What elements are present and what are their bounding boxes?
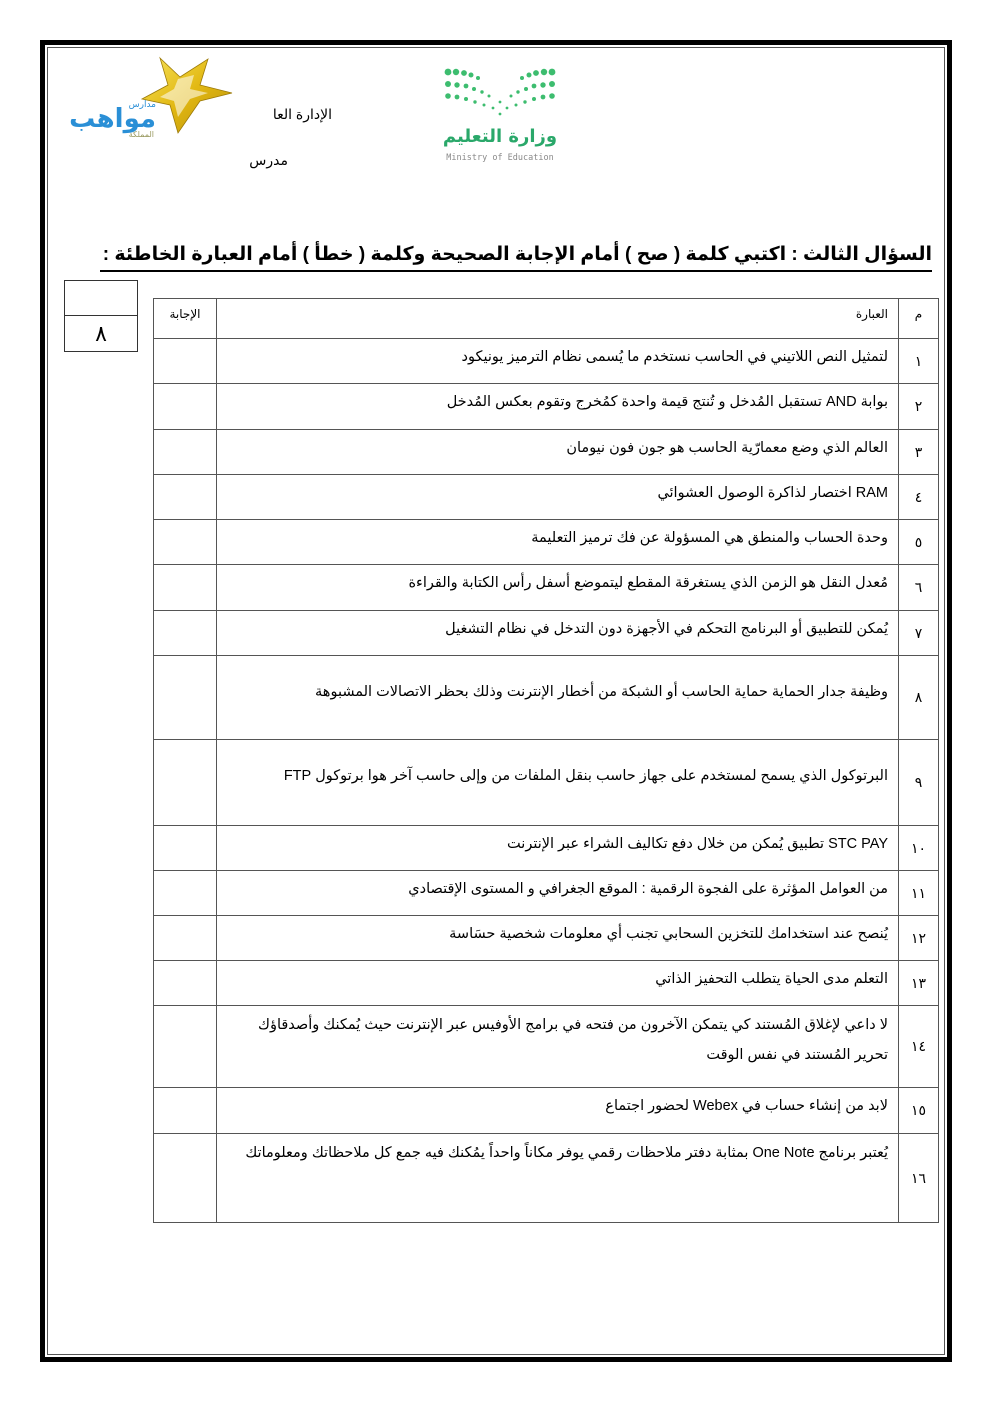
school-label: مدرس — [258, 152, 288, 169]
score-box: ٨ — [64, 280, 138, 352]
answer-cell[interactable] — [154, 430, 217, 475]
row-number: ١١ — [899, 871, 939, 916]
row-number: ١٦ — [899, 1134, 939, 1223]
svg-text:وزارة التعليم: وزارة التعليم — [443, 126, 557, 147]
row-number: ٣ — [899, 430, 939, 475]
table-header-row: م العبارة الإجابة — [154, 299, 939, 339]
row-statement: لابد من إنشاء حساب في Webex لحضور اجتماع — [217, 1088, 899, 1134]
table-row: ١٣ التعلم مدى الحياة يتطلب التحفيز الذات… — [154, 961, 939, 1006]
dots-emblem-icon: وزارة التعليم Ministry of Education — [440, 62, 560, 170]
table-row: ٨ وظيفة جدار الحماية حماية الحاسب أو الش… — [154, 656, 939, 740]
table-row: ١٠ STC PAY تطبيق يُمكن من خلال دفع تكالي… — [154, 826, 939, 871]
row-number: ١ — [899, 339, 939, 384]
answer-cell[interactable] — [154, 740, 217, 826]
answer-cell[interactable] — [154, 916, 217, 961]
row-statement: البرتوكول الذي يسمح لمستخدم على جهاز حاس… — [217, 740, 899, 826]
row-statement: العالم الذي وضع معمارّية الحاسب هو جون ف… — [217, 430, 899, 475]
row-statement: لتمثيل النص اللاتيني في الحاسب نستخدم ما… — [217, 339, 899, 384]
answer-cell[interactable] — [154, 656, 217, 740]
table-row: ٥ وحدة الحساب والمنطق هي المسؤولة عن فك … — [154, 520, 939, 565]
answer-cell[interactable] — [154, 565, 217, 611]
administration-label: الإدارة العا — [258, 106, 332, 123]
table-row: ٢ بوابة AND تستقبل المُدخل و تُنتج قيمة … — [154, 384, 939, 430]
answer-cell[interactable] — [154, 611, 217, 656]
true-false-table: م العبارة الإجابة ١ لتمثيل النص اللاتيني… — [153, 298, 939, 1223]
row-number: ٢ — [899, 384, 939, 430]
column-header-statement: العبارة — [217, 299, 899, 339]
table-row: ١٦ يُعتبر برنامج One Note بمثابة دفتر مل… — [154, 1134, 939, 1223]
row-statement: من العوامل المؤثرة على الفجوة الرقمية : … — [217, 871, 899, 916]
score-obtained-field[interactable] — [65, 281, 137, 315]
row-number: ٦ — [899, 565, 939, 611]
row-number: ١٥ — [899, 1088, 939, 1134]
row-statement: التعلم مدى الحياة يتطلب التحفيز الذاتي — [217, 961, 899, 1006]
row-number: ١٢ — [899, 916, 939, 961]
column-header-number: م — [899, 299, 939, 339]
answer-cell[interactable] — [154, 384, 217, 430]
table-row: ١ لتمثيل النص اللاتيني في الحاسب نستخدم … — [154, 339, 939, 384]
table-row: ٧ يُمكن للتطبيق أو البرنامج التحكم في ال… — [154, 611, 939, 656]
answer-cell[interactable] — [154, 475, 217, 520]
row-statement: STC PAY تطبيق يُمكن من خلال دفع تكاليف ا… — [217, 826, 899, 871]
row-number: ١٤ — [899, 1006, 939, 1088]
answer-cell[interactable] — [154, 339, 217, 384]
answer-cell[interactable] — [154, 871, 217, 916]
row-statement: وظيفة جدار الحماية حماية الحاسب أو الشبك… — [217, 656, 899, 740]
table-row: ٩ البرتوكول الذي يسمح لمستخدم على جهاز ح… — [154, 740, 939, 826]
table-row: ١٢ يُنصح عند استخدامك للتخزين السحابي تج… — [154, 916, 939, 961]
ministry-of-education-logo: وزارة التعليم Ministry of Education — [440, 62, 560, 170]
table-row: ٣ العالم الذي وضع معمارّية الحاسب هو جون… — [154, 430, 939, 475]
mawahib-schools-logo: مدارس مواهب المملكة — [60, 55, 235, 140]
answer-cell[interactable] — [154, 826, 217, 871]
svg-text:المملكة: المملكة — [129, 130, 154, 139]
star-icon: مدارس مواهب المملكة — [60, 55, 235, 140]
row-number: ٩ — [899, 740, 939, 826]
table-row: ١١ من العوامل المؤثرة على الفجوة الرقمية… — [154, 871, 939, 916]
table-row: ٤ RAM اختصار لذاكرة الوصول العشوائي — [154, 475, 939, 520]
row-statement: وحدة الحساب والمنطق هي المسؤولة عن فك تر… — [217, 520, 899, 565]
question-title: السؤال الثالث : اكتبي كلمة ( صح ) أمام ا… — [100, 242, 932, 272]
row-statement: يُعتبر برنامج One Note بمثابة دفتر ملاحظ… — [217, 1134, 899, 1223]
table-row: ٦ مُعدل النقل هو الزمن الذي يستغرقة المق… — [154, 565, 939, 611]
row-number: ٥ — [899, 520, 939, 565]
row-number: ٤ — [899, 475, 939, 520]
answer-cell[interactable] — [154, 1088, 217, 1134]
row-number: ١٣ — [899, 961, 939, 1006]
row-number: ٧ — [899, 611, 939, 656]
row-statement: يُنصح عند استخدامك للتخزين السحابي تجنب … — [217, 916, 899, 961]
row-statement: يُمكن للتطبيق أو البرنامج التحكم في الأج… — [217, 611, 899, 656]
row-statement: RAM اختصار لذاكرة الوصول العشوائي — [217, 475, 899, 520]
answer-cell[interactable] — [154, 1006, 217, 1088]
column-header-answer: الإجابة — [154, 299, 217, 339]
svg-text:Ministry of Education: Ministry of Education — [446, 153, 553, 163]
table-row: ١٥ لابد من إنشاء حساب في Webex لحضور اجت… — [154, 1088, 939, 1134]
row-statement: مُعدل النقل هو الزمن الذي يستغرقة المقطع… — [217, 565, 899, 611]
row-number: ٨ — [899, 656, 939, 740]
row-number: ١٠ — [899, 826, 939, 871]
score-total: ٨ — [65, 316, 137, 352]
row-statement: لا داعي لإغلاق المُستند كي يتمكن الآخرون… — [217, 1006, 899, 1088]
answer-cell[interactable] — [154, 961, 217, 1006]
answer-cell[interactable] — [154, 520, 217, 565]
table-row: ١٤ لا داعي لإغلاق المُستند كي يتمكن الآخ… — [154, 1006, 939, 1088]
answer-cell[interactable] — [154, 1134, 217, 1223]
row-statement: بوابة AND تستقبل المُدخل و تُنتج قيمة وا… — [217, 384, 899, 430]
